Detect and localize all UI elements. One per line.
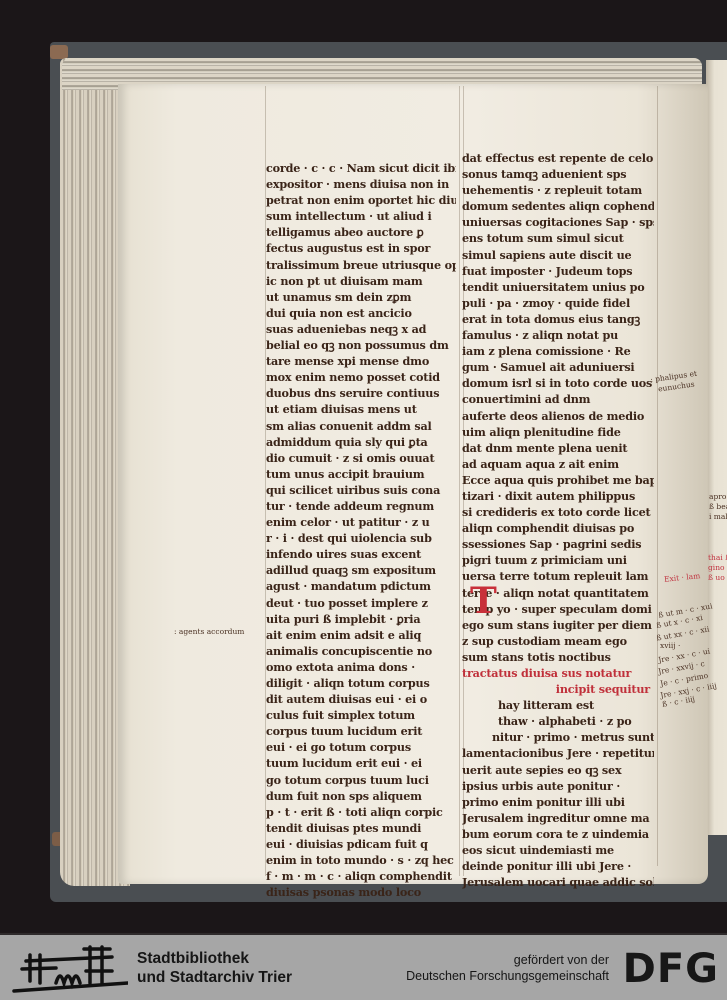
- text-line: tendit diuisas ptes mundi: [266, 820, 456, 836]
- text-line: fectus augustus est in spor: [266, 240, 456, 256]
- text-line: uim aliqn plenitudine fide: [462, 424, 654, 440]
- text-line: corpus tuum lucidum erit: [266, 723, 456, 739]
- text-line: enim in toto mundo · s · zq hec: [266, 852, 456, 868]
- text-line: dui quia non est ancicio: [266, 305, 456, 321]
- text-line: agust · mandatum pdictum: [266, 578, 456, 594]
- text-line: erat in tota domus eius tangꝫ: [462, 311, 654, 327]
- text-line: bum eorum cora te z uindemia: [462, 826, 654, 842]
- dfg-logo-icon: DFG: [623, 947, 719, 991]
- text-line: dat dnm mente plena uenit: [462, 440, 654, 456]
- text-line: z sup custodiam meam ego: [462, 633, 654, 649]
- text-line: tum unus accipit brauium: [266, 466, 456, 482]
- text-line: iam z plena comissione · Re: [462, 343, 654, 359]
- text-line: infendo uires suas excent: [266, 546, 456, 562]
- rubric-line: tractatus diuisa sus notatur: [462, 665, 654, 681]
- facing-page-rubric: gino: [708, 563, 725, 572]
- text-line: ens totum sum simul sicut: [462, 230, 654, 246]
- text-column-right: dat effectus est repente de celo sonus t…: [462, 150, 654, 890]
- rubric-line: incipit sequitur: [462, 681, 654, 697]
- facing-page-text: i mala: [709, 512, 727, 521]
- text-line: petrat non enim oportet hic diu: [266, 192, 456, 208]
- margin-reference: xviij ·: [660, 641, 680, 650]
- text-line: tizari · dixit autem philippus: [462, 488, 654, 504]
- text-line: ipsius urbis aute ponitur ·: [462, 778, 654, 794]
- text-line: eui · ei go totum corpus: [266, 739, 456, 755]
- text-line: eui · diuisias pdicam fuit q: [266, 836, 456, 852]
- text-line: omo extota anima dons ·: [266, 659, 456, 675]
- text-line: dio cumuit · z si omis ouuat: [266, 450, 456, 466]
- text-line: belial eo qꝫ non possumus dm: [266, 337, 456, 353]
- text-line: duobus dns seruire contiuus: [266, 385, 456, 401]
- text-line: animalis concupiscentie no: [266, 643, 456, 659]
- text-line: domum isrl si in toto corde uos: [462, 375, 654, 391]
- facing-page-rubric: ß uo: [708, 573, 725, 582]
- funding-statement: gefördert von der Deutschen Forschungsge…: [406, 952, 609, 984]
- red-initial-letter: T: [470, 584, 504, 618]
- text-line: ssessiones Sap · pagrini sedis: [462, 536, 654, 552]
- text-line: r · i · dest qui uiolencia sub: [266, 530, 456, 546]
- text-line: fuat imposter · Judeum tops: [462, 263, 654, 279]
- text-line: tralissimum breue utriusque opi: [266, 257, 456, 273]
- text-line: dit autem diuisas eui · ei o: [266, 691, 456, 707]
- ruling-line: [459, 86, 460, 876]
- text-line: ut etiam diuisas mens ut: [266, 401, 456, 417]
- text-line: lamentacionibus Jere · repetitur: [462, 745, 654, 761]
- text-line: deut · tuo posset implere z: [266, 595, 456, 611]
- text-line: conuertimini ad dnm: [462, 391, 654, 407]
- text-line: f · m · m · c · aliqn comphendit: [266, 868, 456, 884]
- text-line: admiddum quia sly qui ꝑta: [266, 434, 456, 450]
- text-line: sum intellectum · ut aliud i: [266, 208, 456, 224]
- text-line: Jerusalem ingreditur omne ma: [462, 810, 654, 826]
- text-line: nitur · primo · metrus sunt: [462, 729, 654, 745]
- institution-line-1: Stadtbibliothek: [137, 949, 292, 968]
- facing-page-text: apro: [709, 492, 726, 501]
- text-line: expositor · mens diuisa non in: [266, 176, 456, 192]
- text-line: deinde ponitur illi ubi Jere ·: [462, 858, 654, 874]
- text-line: dat effectus est repente de celo: [462, 150, 654, 166]
- funding-line-1: gefördert von der: [406, 952, 609, 968]
- text-line: tare mense xpi mense dmo: [266, 353, 456, 369]
- text-column-left: corde · c · c · Nam sicut dicit ibi expo…: [266, 160, 456, 900]
- text-line: pigri tuum z primiciam uni: [462, 552, 654, 568]
- institution-line-2: und Stadtarchiv Trier: [137, 968, 292, 987]
- text-line: ait enim enim adsit e aliq: [266, 627, 456, 643]
- text-line: adillud quaqꝫ sm expositum: [266, 562, 456, 578]
- text-line: suas adueniebas neqꝫ x ad: [266, 321, 456, 337]
- institution-name: Stadtbibliothek und Stadtarchiv Trier: [137, 949, 292, 987]
- text-line: diligit · aliqn totum corpus: [266, 675, 456, 691]
- facing-page-rubric: thai ß: [708, 553, 727, 562]
- text-line: uita puri ß implebit · ꝑria: [266, 611, 456, 627]
- leather-corner-top: [50, 45, 68, 59]
- text-line: ic non pt ut diuisam mam: [266, 273, 456, 289]
- text-line: sm alias conuenit addm sal: [266, 418, 456, 434]
- text-line: tur · tende addeum regnum: [266, 498, 456, 514]
- text-line: Jerusalem uocari quae addic solempne: [462, 874, 654, 890]
- facing-page-edge: [706, 60, 727, 835]
- text-line: ut unamus sm dein zꝑm: [266, 289, 456, 305]
- text-line: aliqn comphendit diuisas po: [462, 520, 654, 536]
- text-line: ad aquam aqua z ait enim: [462, 456, 654, 472]
- text-line: gum · Samuel ait aduniuersi: [462, 359, 654, 375]
- marginal-note: : agents accordum: [174, 627, 244, 636]
- text-line: tuum lucidum erit eui · ei: [266, 755, 456, 771]
- text-line: sonus tamqꝫ aduenient sps: [462, 166, 654, 182]
- text-line: simul sapiens aute discit ue: [462, 247, 654, 263]
- text-line: sum stans totis noctibus: [462, 649, 654, 665]
- text-line: diuisas psonas modo loco: [266, 884, 456, 900]
- text-line: dum fuit non sps aliquem: [266, 788, 456, 804]
- text-line: puli · pa · zmoy · quide fidel: [462, 295, 654, 311]
- text-line: corde · c · c · Nam sicut dicit ibi: [266, 160, 456, 176]
- text-line: famulus · z aliqn notat pu: [462, 327, 654, 343]
- text-line: tendit uniuersitatem unius po: [462, 279, 654, 295]
- text-line: auferte deos alienos de medio: [462, 408, 654, 424]
- text-line: go totum corpus tuum luci: [266, 772, 456, 788]
- text-line: si credideris ex toto corde licet: [462, 504, 654, 520]
- footer-banner: Stadtbibliothek und Stadtarchiv Trier ge…: [0, 933, 727, 1000]
- text-line: Ecce aqua quis prohibet me bap: [462, 472, 654, 488]
- text-line: culus fuit simplex totum: [266, 707, 456, 723]
- text-line: uerit aute sepies eo qꝫ sex: [462, 762, 654, 778]
- stadtbibliothek-trier-logo-icon: [8, 941, 128, 997]
- funding-line-2: Deutschen Forschungsgemeinschaft: [406, 968, 609, 984]
- text-line: uehementis · z repleuit totam: [462, 182, 654, 198]
- text-line: mox enim nemo posset cotid: [266, 369, 456, 385]
- text-line: telligamus abeo auctore ꝑ: [266, 224, 456, 240]
- text-line: eos sicut uindemiasti me: [462, 842, 654, 858]
- text-line: thaw · alphabeti · z po: [462, 713, 654, 729]
- facing-page-text: ß beat: [709, 502, 727, 511]
- text-line: enim celor · ut patitur · z u: [266, 514, 456, 530]
- text-line: qui scilicet uiribus suis cona: [266, 482, 456, 498]
- text-line: uniuersas cogitaciones Sap · sps: [462, 214, 654, 230]
- text-line: primo enim ponitur illi ubi: [462, 794, 654, 810]
- ruling-line: [657, 86, 658, 866]
- manuscript-scan: corde · c · c · Nam sicut dicit ibi expo…: [0, 0, 727, 932]
- text-line: domum sedentes aliqn cophendit: [462, 198, 654, 214]
- text-line: hay litteram est: [462, 697, 654, 713]
- text-line: p · t · erit ß · toti aliqn corpic: [266, 804, 456, 820]
